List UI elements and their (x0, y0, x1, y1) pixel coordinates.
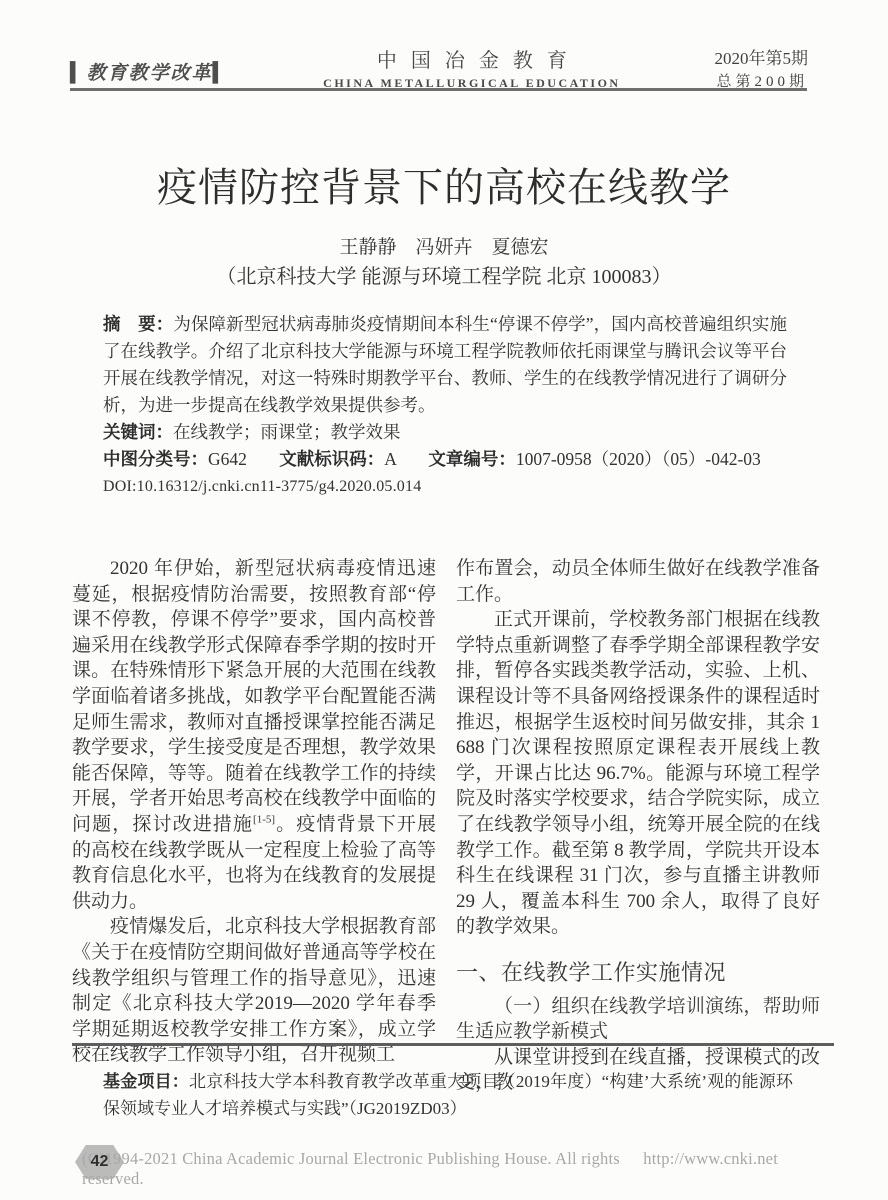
fund-description: 北京科技大学本科教育教学改革重大项目（2019年度）“构建’大系统’观的能源环保… (103, 1072, 793, 1118)
issue-number: 2020年第5期 (715, 44, 809, 69)
abstract-paragraph: 摘 要：为保障新型冠状病毒肺炎疫情期间本科生“停课不停学”，国内高校普遍组织实施… (103, 311, 787, 419)
abstract-text: 为保障新型冠状病毒肺炎疫情期间本科生“停课不停学”，国内高校普遍组织实施了在线教… (103, 314, 787, 415)
citation-ref: [1-5] (253, 814, 275, 826)
body-paragraph: 2020 年伊始，新型冠状病毒疫情迅速蔓延，根据疫情防治需要，按照教育部“停课不… (72, 556, 436, 914)
doc-code-label: 文献标识码： (279, 449, 384, 469)
copyright-text: (C)1994-2021 China Academic Journal Elec… (82, 1149, 643, 1189)
article-title: 疫情防控背景下的高校在线教学 (0, 156, 888, 213)
section-heading: 一、在线教学工作实施情况 (456, 960, 820, 986)
fund-text: 基金项目：北京科技大学本科教育教学改革重大项目（2019年度）“构建’大系统’观… (103, 1068, 793, 1122)
journal-page: ▍教育教学改革▍ 中国冶金教育 CHINA METALLURGICAL EDUC… (0, 0, 888, 1200)
cnki-url: http://www.cnki.net (643, 1149, 778, 1189)
page-number-badge: 42 (75, 1145, 124, 1179)
footnote-rule (72, 1043, 834, 1046)
abstract-block: 摘 要：为保障新型冠状病毒肺炎疫情期间本科生“停课不停学”，国内高校普遍组织实施… (103, 311, 787, 500)
journal-name-block: 中国冶金教育 CHINA METALLURGICAL EDUCATION (229, 44, 714, 91)
journal-header: ▍教育教学改革▍ 中国冶金教育 CHINA METALLURGICAL EDUC… (70, 44, 808, 91)
doc-code-value: A (384, 449, 396, 469)
journal-name-cn: 中国冶金教育 (229, 44, 714, 73)
clc-label: 中图分类号： (103, 449, 208, 469)
body-paragraph: 正式开课前，学校教务部门根据在线教学特点重新调整了春季学期全部课程教学安排，暂停… (456, 607, 820, 940)
keywords-label: 关键词： (103, 422, 173, 442)
article-id-label: 文章编号： (428, 449, 516, 469)
doi-line: DOI:10.16312/j.cnki.cn11-3775/g4.2020.05… (103, 473, 787, 500)
header-rule (70, 88, 807, 91)
article-body: 2020 年伊始，新型冠状病毒疫情迅速蔓延，根据疫情防治需要，按照教育部“停课不… (72, 556, 820, 1096)
copyright-bar: (C)1994-2021 China Academic Journal Elec… (82, 1149, 778, 1189)
column-section-label: ▍教育教学改革▍ (70, 58, 229, 91)
body-paragraph: 作布置会，动员全体师生做好在线教学准备工作。 (456, 556, 820, 607)
fund-footnote: 基金项目：北京科技大学本科教育教学改革重大项目（2019年度）“构建’大系统’观… (103, 1068, 793, 1122)
subsection-heading: （一）组织在线教学培训演练，帮助师生适应教学新模式 (456, 994, 820, 1045)
page-number: 42 (75, 1145, 124, 1179)
article-authors: 王静静 冯妍卉 夏德宏 (0, 232, 888, 259)
keywords-text: 在线教学；雨课堂；教学效果 (173, 422, 401, 442)
issue-info-block: 2020年第5期 总第200期 (715, 44, 809, 91)
fund-label: 基金项目： (103, 1072, 189, 1091)
article-id-value: 1007-0958（2020）（05）-042-03 (516, 449, 761, 469)
abstract-label: 摘 要： (103, 314, 173, 334)
classification-line: 中图分类号：G642 文献标识码：A 文章编号：1007-0958（2020）（… (103, 446, 787, 473)
clc-value: G642 (208, 449, 247, 469)
keywords-line: 关键词：在线教学；雨课堂；教学效果 (103, 419, 787, 446)
article-affiliation: （北京科技大学 能源与环境工程学院 北京 100083） (0, 260, 888, 289)
right-column: 作布置会，动员全体师生做好在线教学准备工作。 正式开课前，学校教务部门根据在线教… (456, 556, 820, 1096)
paragraph-text: 2020 年伊始，新型冠状病毒疫情迅速蔓延，根据疫情防治需要，按照教育部“停课不… (72, 558, 436, 835)
left-column: 2020 年伊始，新型冠状病毒疫情迅速蔓延，根据疫情防治需要，按照教育部“停课不… (72, 556, 436, 1096)
